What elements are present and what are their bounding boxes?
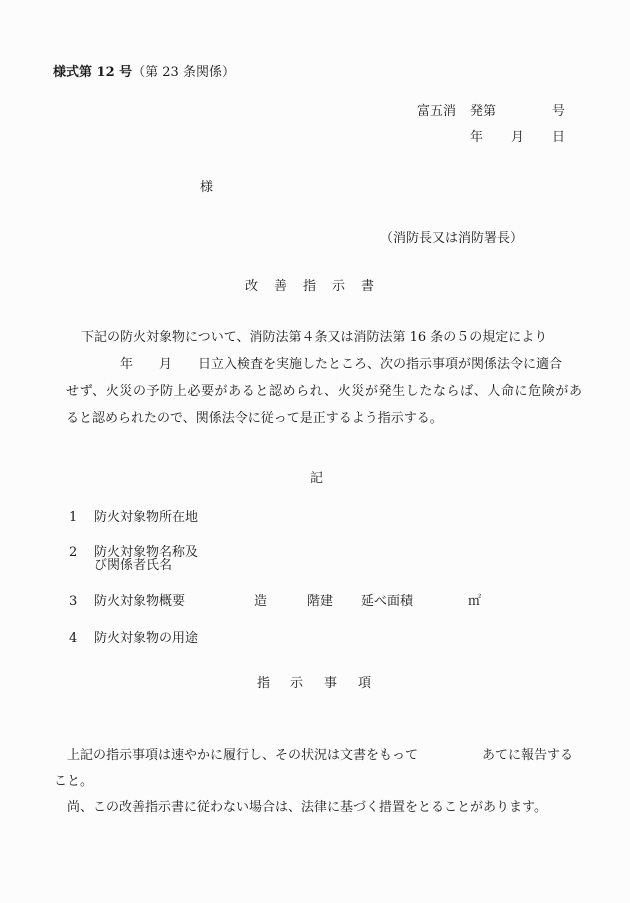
- date-year-label: 年: [470, 131, 483, 144]
- ki-heading: 記: [310, 472, 323, 485]
- closing-line-1: 上記の指示事項は速やかに履行し、その状況は文書をもって: [67, 749, 418, 762]
- closing-notice: 尚、この改善指示書に従わない場合は、法律に基づく措置をとることがあります。: [67, 801, 547, 814]
- body-line-4: ると認められたので、関係法令に従って是正するよう指示する。: [66, 412, 443, 425]
- form-number-label: 様式第 12 号（第 23 条関係）: [53, 66, 235, 79]
- item-4-number: 4: [69, 632, 77, 645]
- addressee-honorific: 様: [200, 181, 213, 194]
- instructions-heading-char: 事: [324, 677, 337, 690]
- closing-line-2: こと。: [54, 775, 93, 788]
- instructions-heading-char: 指: [257, 677, 270, 690]
- issue-number-suffix: 号: [552, 105, 565, 118]
- item-1-number: 1: [69, 511, 77, 524]
- title-char: 指: [303, 280, 332, 293]
- item-3-floor-area-label: 延べ面積: [361, 595, 413, 608]
- item-3-label: 防火対象物概要: [94, 595, 185, 608]
- item-2-number: 2: [69, 546, 77, 559]
- form-article-reference: （第 23 条関係）: [132, 65, 235, 80]
- date-month-label: 月: [511, 131, 524, 144]
- form-number: 様式第 12 号: [53, 65, 132, 80]
- sender-title: （消防長又は消防署長）: [380, 232, 523, 245]
- title-char: 改: [245, 280, 274, 293]
- body-line-1: 下記の防火対象物について、消防法第４条又は消防法第 16 条の５の規定により: [81, 331, 547, 344]
- instructions-heading-char: 項: [358, 677, 371, 690]
- item-1-label: 防火対象物所在地: [94, 511, 198, 524]
- closing-line-1-end: あてに報告する: [482, 749, 573, 762]
- item-3-number: 3: [69, 595, 77, 608]
- date-day-label: 日: [552, 131, 565, 144]
- title-char: 善: [274, 280, 303, 293]
- item-3-structure: 造: [254, 595, 267, 608]
- item-3-area-unit: ㎡: [468, 595, 481, 608]
- item-3-floors: 階建: [307, 595, 333, 608]
- body-line-2: 年 月 日立入検査を実施したところ、次の指示事項が関係法令に適合: [120, 358, 562, 371]
- issue-prefix: 発第: [470, 105, 496, 118]
- instructions-heading-char: 示: [290, 677, 303, 690]
- item-2-label-line2: び関係者氏名: [94, 559, 172, 572]
- body-line-3: せず、火災の予防上必要があると認められ、火災が発生したならば、人命に危険があ: [66, 385, 583, 398]
- item-4-label: 防火対象物の用途: [94, 632, 198, 645]
- issuer-code: 富五消: [417, 105, 456, 118]
- title-char: 書: [361, 280, 390, 293]
- title-char: 示: [332, 280, 361, 293]
